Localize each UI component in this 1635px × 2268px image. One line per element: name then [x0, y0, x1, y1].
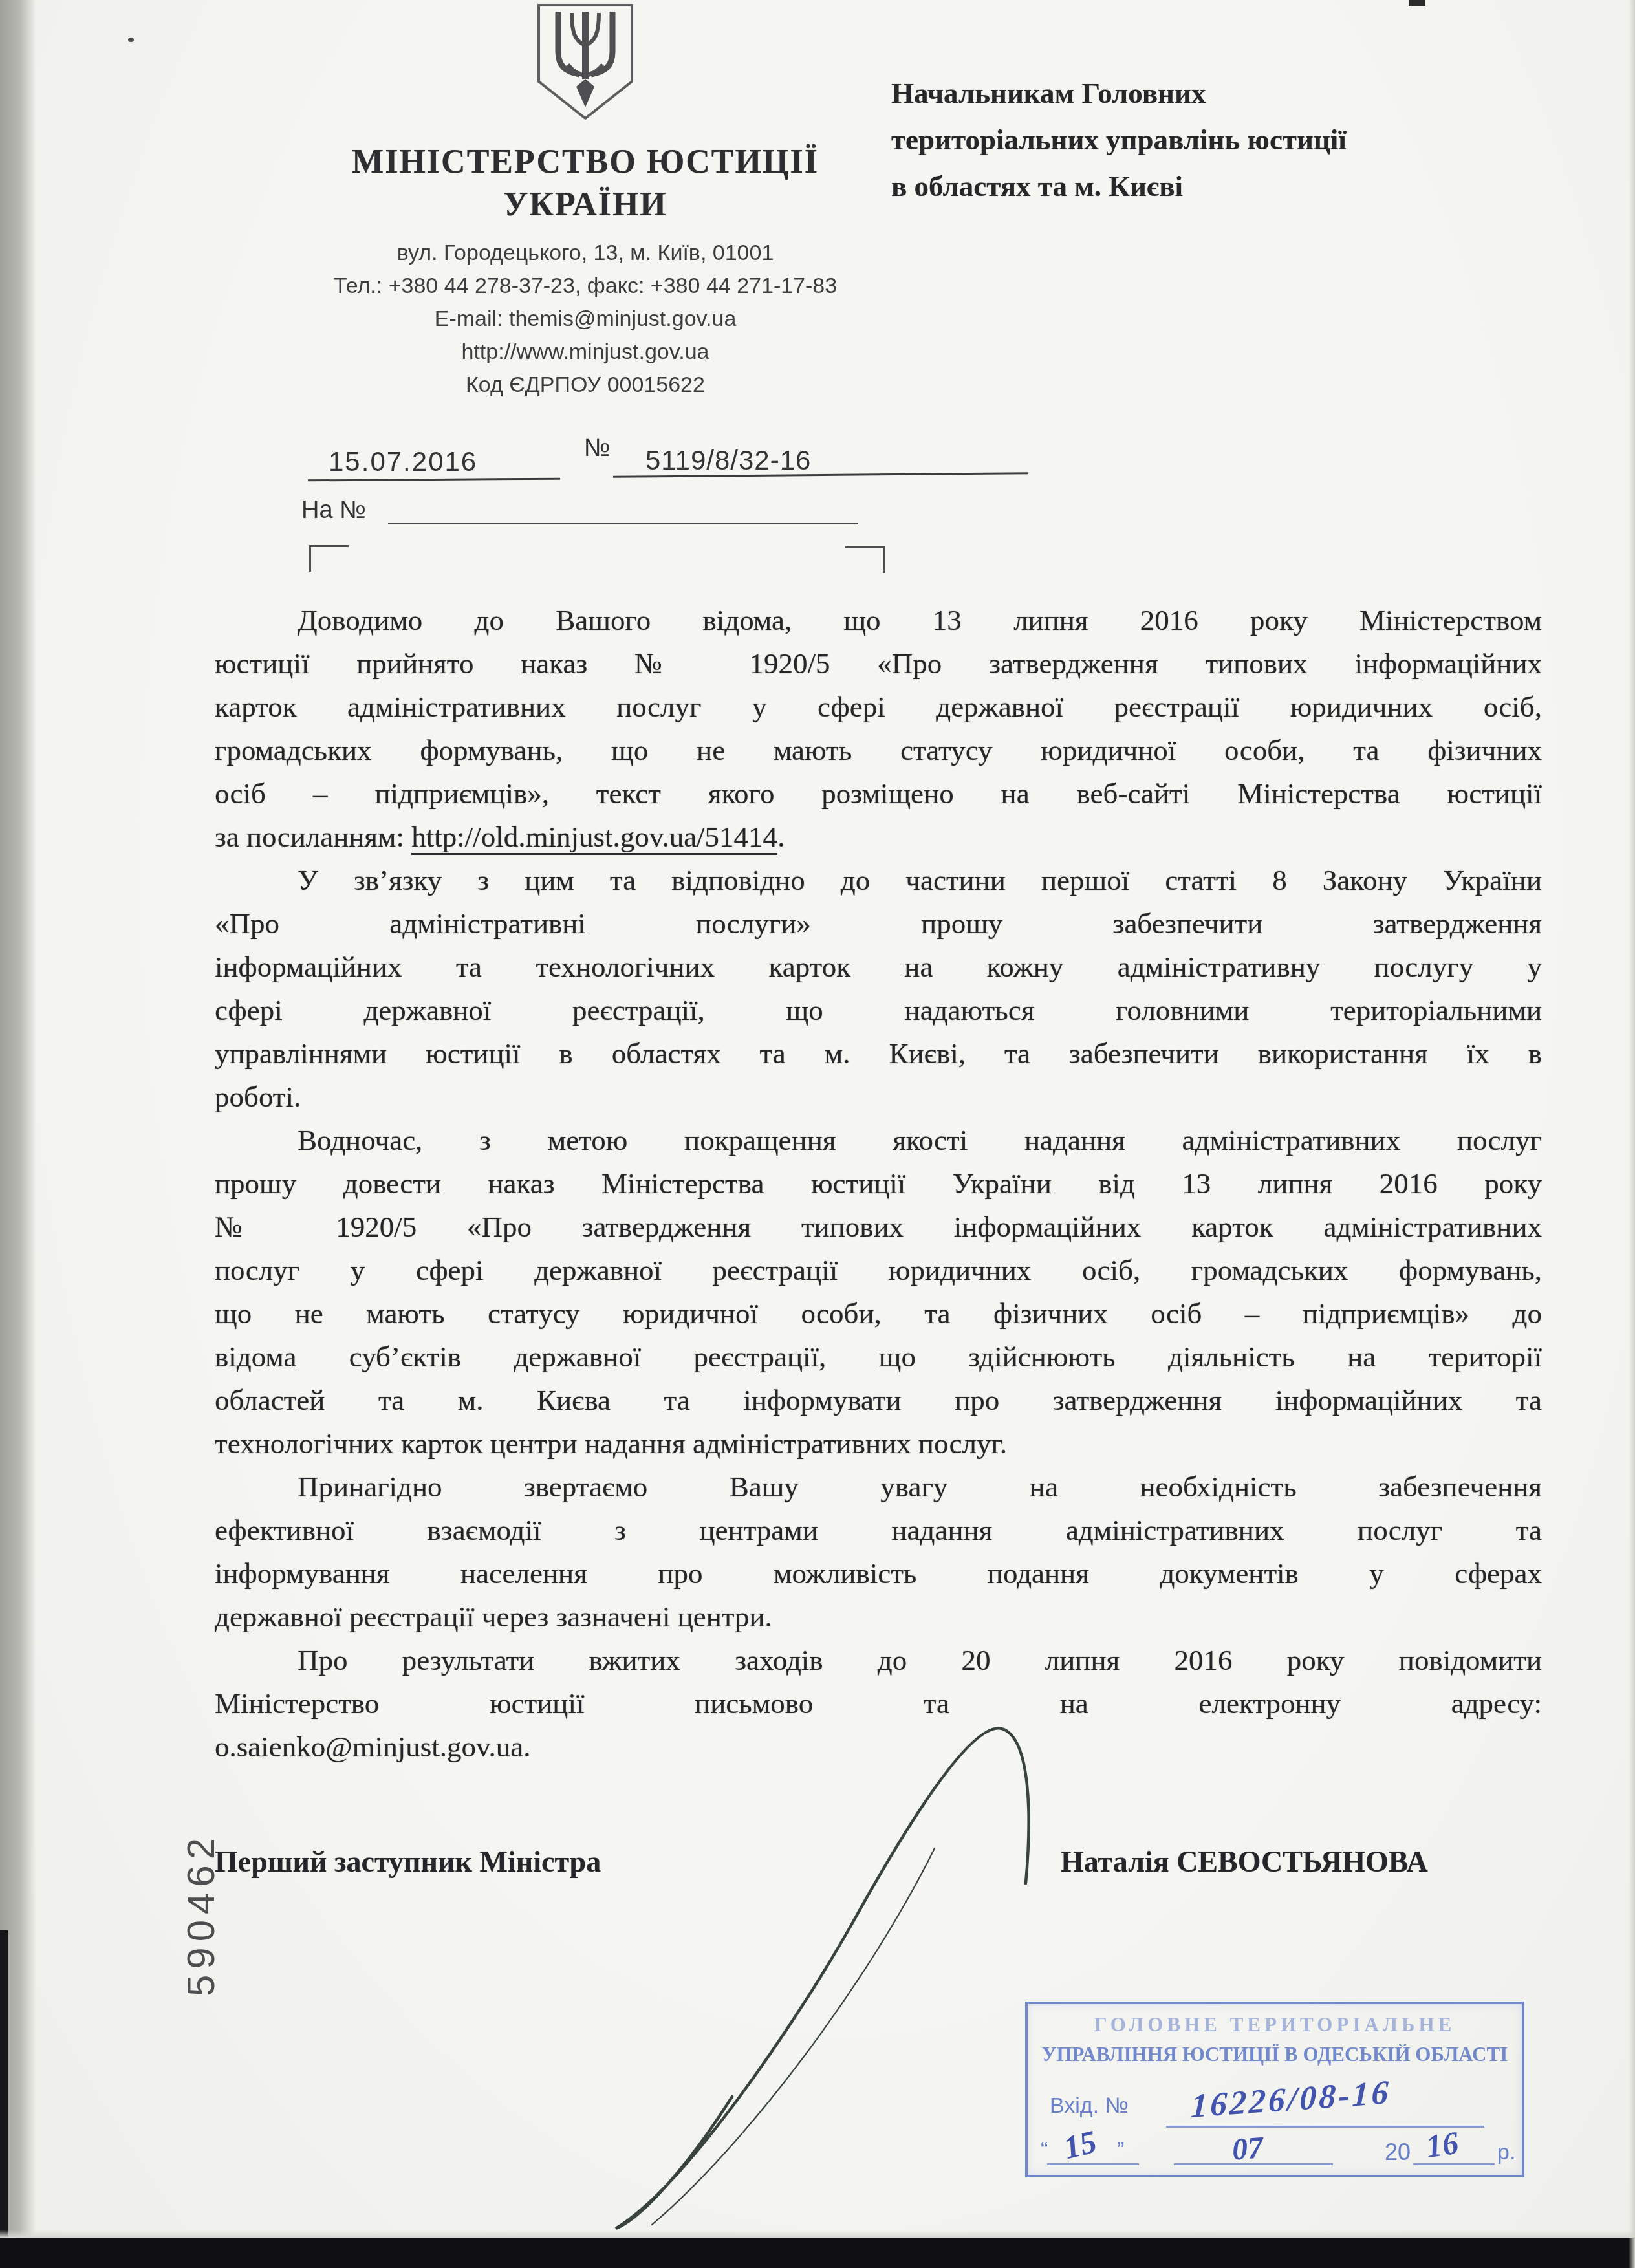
stamp-month-underline — [1174, 2163, 1333, 2165]
body-line: послуг у сфері державної реєстрації юрид… — [215, 1249, 1542, 1292]
recipient-line1: Начальникам Головних — [891, 70, 1538, 116]
body-line: технологічних карток центри надання адмі… — [215, 1422, 1542, 1465]
stamp-incoming-number-label: Вхід. № — [1050, 2093, 1129, 2119]
letter-body: Доводимо до Вашого відома, що 13 липня 2… — [215, 599, 1542, 1769]
letterhead-edrpou: Код ЄДРПОУ 00015622 — [272, 369, 899, 402]
link-suffix: . — [777, 821, 785, 853]
stamp-year-suffix: р. — [1497, 2140, 1515, 2165]
scan-speck-top — [1409, 0, 1425, 6]
paragraph-2: У зв’язку з цим та відповідно до частини… — [215, 859, 1542, 1119]
reply-underline — [388, 523, 858, 524]
stamp-month-handwritten: 07 — [1231, 2130, 1264, 2167]
stamp-year-underline — [1413, 2163, 1495, 2165]
letterhead-email: E-mail: themis@minjust.gov.ua — [272, 303, 899, 336]
body-line: інформаційних та технологічних карток на… — [215, 945, 1542, 989]
letter-number: 5119/8/32-16 — [645, 445, 811, 476]
stamp-quote-open: “ — [1041, 2137, 1048, 2163]
body-line: У зв’язку з цим та відповідно до частини… — [215, 859, 1542, 902]
letter-date: 15.07.2016 — [329, 446, 477, 477]
body-line: осіб – підприємців», текст якого розміще… — [215, 772, 1542, 815]
scan-edge-left — [0, 0, 36, 2268]
scan-edge-right — [1629, 0, 1635, 2268]
ministry-name-line2: УКРАЇНИ — [272, 184, 899, 226]
ministry-name-block: МІНІСТЕРСТВО ЮСТИЦІЇ УКРАЇНИ — [272, 141, 899, 226]
letterhead-contact-block: вул. Городецького, 13, м. Київ, 01001 Те… — [272, 237, 899, 402]
vertical-doc-number: 590462 — [179, 1804, 220, 2024]
handwritten-signature — [582, 1707, 1099, 2247]
body-line: карток адміністративних послуг у сфері д… — [215, 686, 1542, 729]
stamp-org-line1: ГОЛОВНЕ ТЕРИТОРІАЛЬНЕ — [1028, 2013, 1522, 2036]
body-line: Доводимо до Вашого відома, що 13 липня 2… — [215, 599, 1542, 642]
order-url-link: http://old.minjust.gov.ua/51414 — [411, 821, 777, 855]
reply-to-label: На № — [301, 497, 366, 524]
link-prefix: за посиланням: — [215, 821, 411, 853]
paragraph-1: Доводимо до Вашого відома, що 13 липня 2… — [215, 599, 1542, 859]
body-line: управліннями юстиції в областях та м. Ки… — [215, 1032, 1542, 1075]
stamp-incoming-number-handwritten: 16226/08-16 — [1190, 2073, 1391, 2126]
stamp-year-prefix: 20 — [1385, 2139, 1411, 2166]
scanned-letter-page: МІНІСТЕРСТВО ЮСТИЦІЇ УКРАЇНИ вул. Городе… — [0, 0, 1635, 2268]
body-line: державної реєстрації через зазначені цен… — [215, 1595, 1542, 1639]
scan-speck — [128, 38, 134, 42]
stamp-day-handwritten: 15 — [1060, 2122, 1101, 2166]
date-underline — [308, 478, 560, 482]
body-line: Принагідно звертаємо Вашу увагу на необх… — [215, 1465, 1542, 1509]
stamp-quote-close: ” — [1117, 2137, 1124, 2163]
body-line: інформування населення про можливість по… — [215, 1552, 1542, 1595]
scan-edge-left-black — [0, 1930, 8, 2268]
body-line: областей та м. Києва та інформувати про … — [215, 1379, 1542, 1422]
body-line: сфері державної реєстрації, що надаються… — [215, 989, 1542, 1032]
paragraph-4: Принагідно звертаємо Вашу увагу на необх… — [215, 1465, 1542, 1639]
recipient-block: Начальникам Головних територіальних упра… — [891, 70, 1538, 210]
body-line: роботі. — [215, 1075, 1542, 1119]
letterhead-website: http://www.minjust.gov.ua — [272, 336, 899, 369]
body-line: Про результати вжитих заходів до 20 липн… — [215, 1639, 1542, 1682]
signer-name: Наталія СЕВОСТЬЯНОВА — [1061, 1844, 1428, 1879]
letterhead-address: вул. Городецького, 13, м. Київ, 01001 — [272, 237, 899, 270]
letterhead-phone-fax: Тел.: +380 44 278-37-23, факс: +380 44 2… — [272, 270, 899, 303]
ukraine-trident-emblem-icon — [534, 3, 636, 123]
body-line: юстиції прийнято наказ № 1920/5 «Про зат… — [215, 642, 1542, 686]
number-label: № — [584, 435, 611, 462]
recipient-line2: територіальних управлінь юстиції — [891, 116, 1538, 163]
signer-position: Перший заступник Міністра — [215, 1844, 601, 1879]
body-line: № 1920/5 «Про затвердження типових інфор… — [215, 1205, 1542, 1249]
body-line: відома суб’єктів державної реєстрації, щ… — [215, 1335, 1542, 1379]
stamp-org-line2: УПРАВЛІННЯ ЮСТИЦІЇ В ОДЕСЬКІЙ ОБЛАСТІ — [1028, 2043, 1522, 2066]
body-line: що не мають статусу юридичної особи, та … — [215, 1292, 1542, 1335]
body-line-with-link: за посиланням: http://old.minjust.gov.ua… — [215, 815, 1542, 859]
body-line: ефективної взаємодії з центрами надання … — [215, 1509, 1542, 1552]
stamp-year-handwritten: 16 — [1424, 2124, 1461, 2165]
incoming-registration-stamp: ГОЛОВНЕ ТЕРИТОРІАЛЬНЕ УПРАВЛІННЯ ЮСТИЦІЇ… — [1025, 2002, 1524, 2177]
body-line: громадських формувань, що не мають стату… — [215, 729, 1542, 772]
paragraph-3: Водночас, з метою покращення якості нада… — [215, 1119, 1542, 1465]
body-line: Водночас, з метою покращення якості нада… — [215, 1119, 1542, 1162]
body-line: прошу довести наказ Міністерства юстиції… — [215, 1162, 1542, 1205]
recipient-line3: в областях та м. Києві — [891, 163, 1538, 210]
stamp-day-underline — [1047, 2163, 1139, 2165]
ministry-name-line1: МІНІСТЕРСТВО ЮСТИЦІЇ — [272, 141, 899, 184]
corner-mark-left — [309, 545, 349, 572]
body-line: «Про адміністративні послуги» прошу забе… — [215, 902, 1542, 945]
corner-mark-right — [845, 546, 885, 573]
